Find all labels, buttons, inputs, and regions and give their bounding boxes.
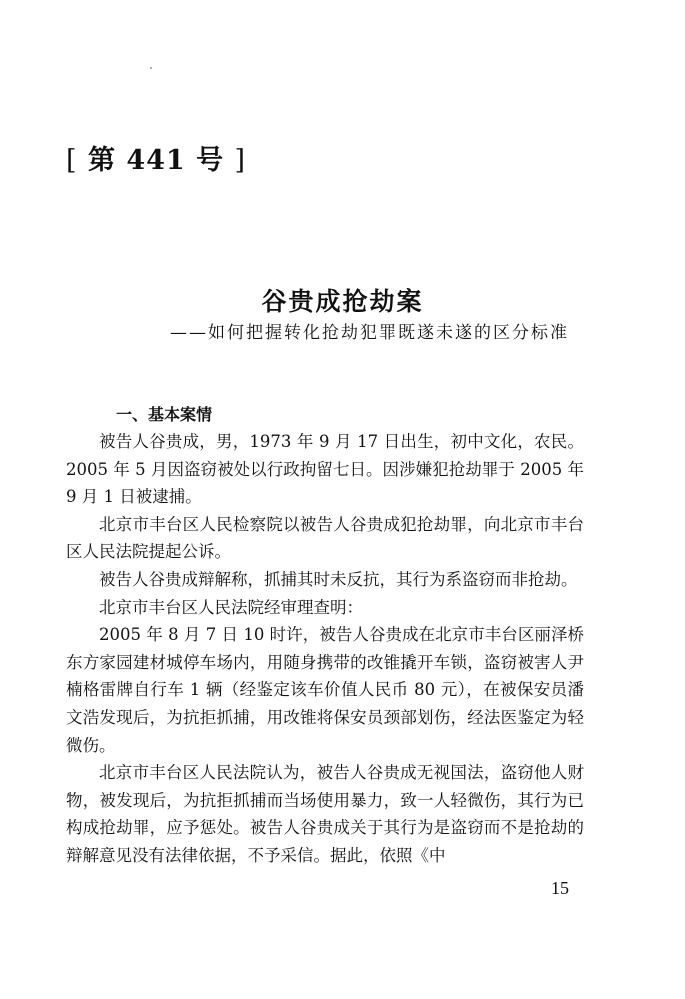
open-bracket: [ [66,145,78,176]
paragraph: 北京市丰台区人民法院经审理查明： [66,594,584,622]
case-subtitle: ——如何把握转化抢劫犯罪既遂未遂的区分标准 [170,318,569,343]
case-number-label: 第 441 号 [88,145,224,176]
scan-speck [150,67,152,69]
document-page: [ 第 441 号 ] 谷贵成抢劫案 ——如何把握转化抢劫犯罪既遂未遂的区分标准… [0,0,685,999]
close-bracket: ] [235,145,247,176]
page-number: 15 [551,878,569,899]
paragraph: 北京市丰台区人民检察院以被告人谷贵成犯抢劫罪，向北京市丰台区人民法院提起公诉。 [66,511,584,566]
case-number: [ 第 441 号 ] [66,138,246,177]
body-text: 被告人谷贵成，男，1973 年 9 月 17 日出生，初中文化，农民。2005 … [66,428,584,870]
paragraph: 2005 年 8 月 7 日 10 时许，被告人谷贵成在北京市丰台区丽泽桥东方家… [66,621,584,759]
paragraph: 被告人谷贵成辩解称，抓捕其时未反抗，其行为系盗窃而非抢劫。 [66,566,584,594]
section-heading: 一、基本案情 [116,402,212,425]
paragraph: 被告人谷贵成，男，1973 年 9 月 17 日出生，初中文化，农民。2005 … [66,428,584,511]
paragraph: 北京市丰台区人民法院认为，被告人谷贵成无视国法，盗窃他人财物，被发现后，为抗拒抓… [66,759,584,869]
case-title: 谷贵成抢劫案 [0,282,685,318]
